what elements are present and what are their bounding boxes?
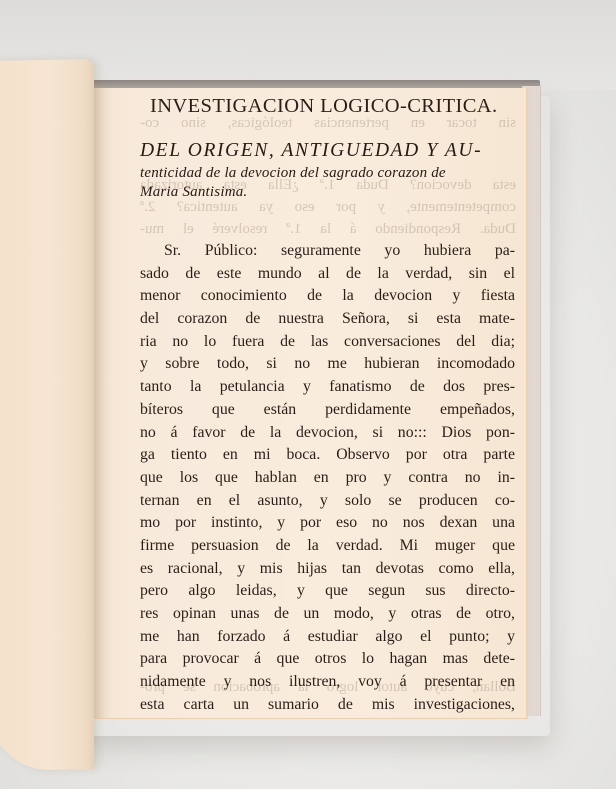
body-text: Sr. Público: seguramente yo hubiera pa- … <box>140 240 515 716</box>
text-line: ga tiento en mi boca. Observo por otra p… <box>140 444 515 467</box>
text-line: nidamente y nos ilustren, voy á presenta… <box>140 671 515 694</box>
text-line: para provocar á que otros lo hagan mas d… <box>140 648 515 671</box>
text-line: menor conocimiento de la devocion y fies… <box>140 285 515 308</box>
show-through-line: Duda. Respondiendo á la 1.ª resolveré el… <box>140 219 516 239</box>
text-line: firme persuasion de la verdad. Mi muger … <box>140 535 515 558</box>
text-line: no á favor de la devocion, si no::: Dios… <box>140 422 515 445</box>
text-line: sado de este mundo al de la verdad, sin … <box>140 263 515 286</box>
title-line: tenticidad de la devocion del sagrado co… <box>140 164 520 183</box>
chapter-title: DEL ORIGEN, ANTIGUEDAD Y AU- tenticidad … <box>140 138 520 202</box>
text-line: esta carta un sumario de mis investigaci… <box>140 694 515 717</box>
text-line: ria no lo fuera de las conversaciones de… <box>140 331 515 354</box>
text-line: mo por instinto, y por eso no nos dexan … <box>140 512 515 535</box>
running-head: INVESTIGACION LOGICO-CRITICA. <box>150 95 490 118</box>
text-line: es racional, y mis hijas tan devotas com… <box>140 558 515 581</box>
text-line: pero algo leidas, y que segun sus direct… <box>140 580 515 603</box>
text-line: me han forzado á estudiar algo el punto;… <box>140 626 515 649</box>
text-line: que los que hablan en pro y contra no in… <box>140 467 515 490</box>
title-line: DEL ORIGEN, ANTIGUEDAD Y AU- <box>140 138 520 164</box>
text-line: bíteros que están perdidamente empeñados… <box>140 399 515 422</box>
text-line: ternan en el asunto, y solo se producen … <box>140 490 515 513</box>
text-line: Sr. Público: seguramente yo hubiera pa- <box>140 240 515 263</box>
title-line: Maria Santisima. <box>140 183 520 202</box>
left-page-facing <box>0 59 94 771</box>
text-line: y sobre todo, si no me hubieran incomoda… <box>140 353 515 376</box>
text-line: res opinan unas de un modo, y otras de o… <box>140 603 515 626</box>
text-line: tanto la petulancia y fanatismo de dos p… <box>140 376 515 399</box>
text-line: del corazon de nuestra Señora, si esta m… <box>140 308 515 331</box>
